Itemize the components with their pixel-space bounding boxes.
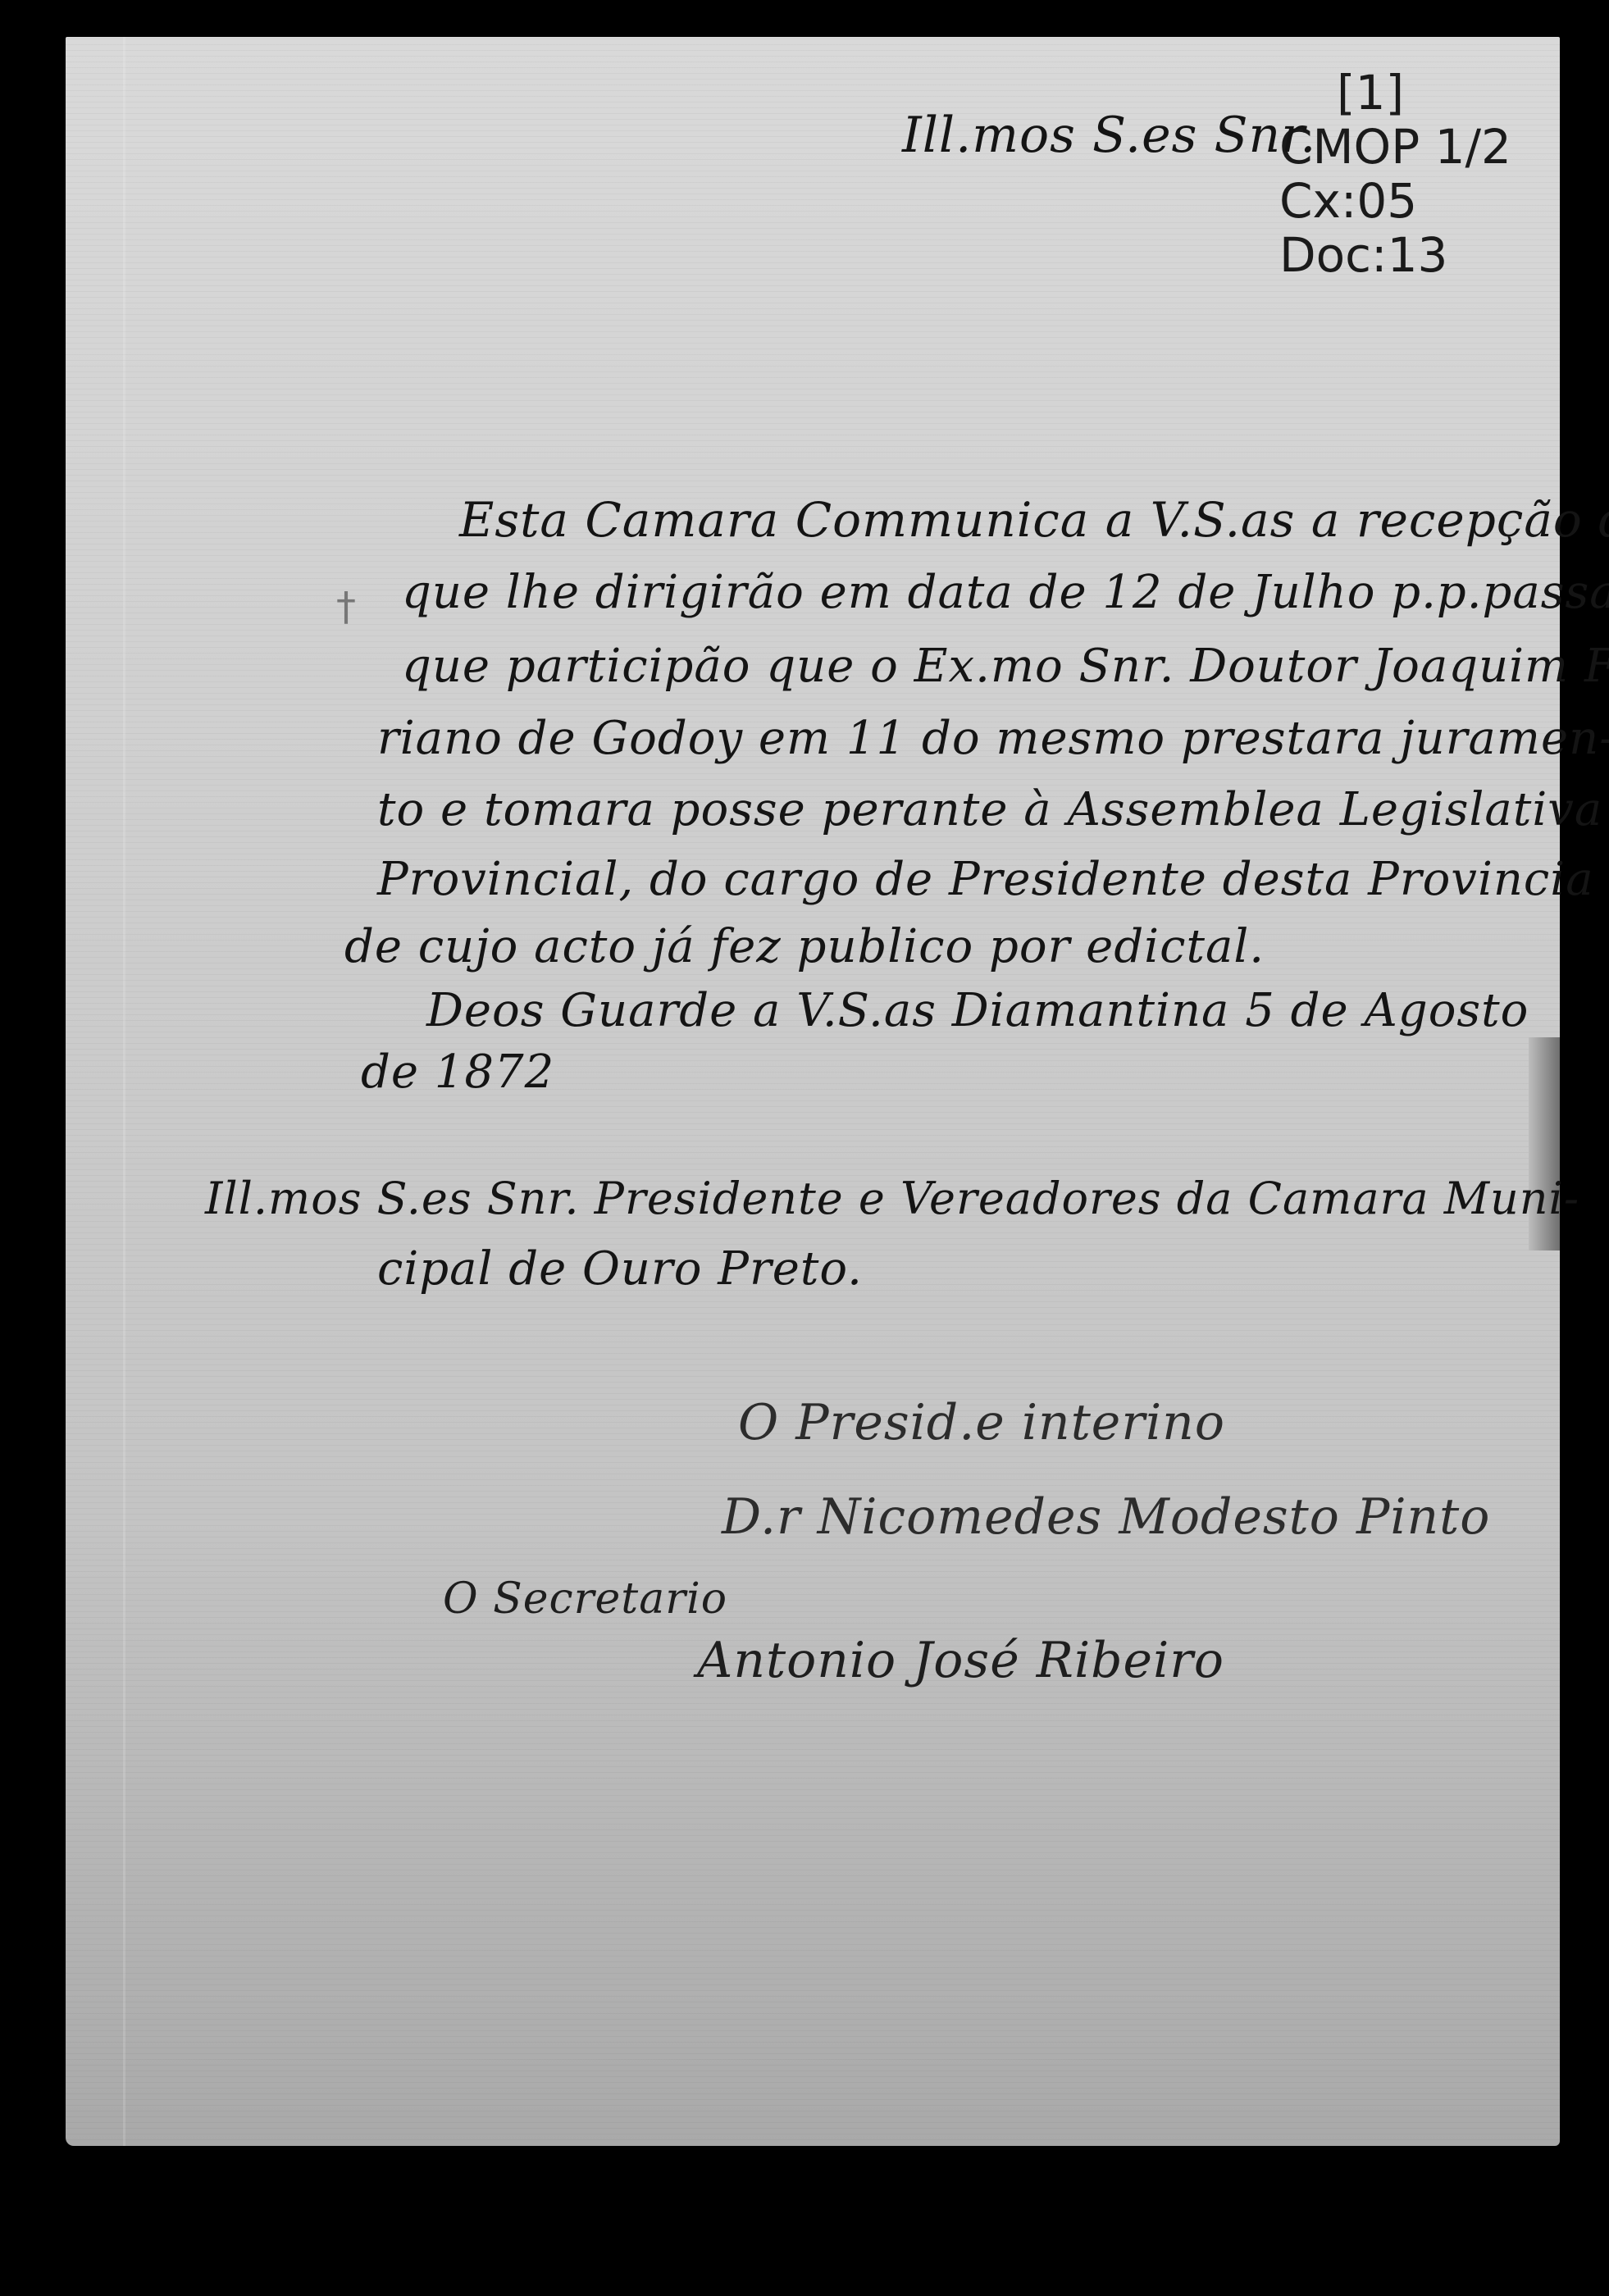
margin-mark: †	[336, 584, 358, 625]
body-line-2: que lhe dirigirão em data de 12 de Julho…	[402, 566, 1609, 619]
body-line-7: de cujo acto já fez publico por edictal.	[344, 920, 1265, 973]
archive-box: Cx:05	[1279, 174, 1511, 228]
body-line-6: Provincial, do cargo de Presidente desta…	[377, 853, 1594, 906]
body-line-9-year: de 1872	[361, 1045, 554, 1099]
archive-doc: Doc:13	[1279, 228, 1511, 282]
body-line-5: to e tomara posse perante à Assemblea Le…	[377, 783, 1602, 836]
salutation: Ill.mos S.es Snr.	[902, 107, 1316, 164]
addressee-line-2: cipal de Ouro Preto.	[377, 1242, 863, 1296]
secretary-signature: Antonio José Ribeiro	[697, 1632, 1224, 1689]
body-line-4: riano de Godoy em 11 do mesmo prestara j…	[377, 712, 1609, 765]
document-sheet	[66, 37, 1560, 2146]
addressee-line-1: Ill.mos S.es Snr. Presidente e Vereadore…	[205, 1173, 1579, 1224]
body-line-3: que participão que o Ex.mo Snr. Doutor J…	[402, 640, 1609, 693]
secretary-title: O Secretario	[443, 1574, 727, 1624]
body-line-1: Esta Camara Communica a V.S.as a recepçã…	[459, 492, 1609, 548]
president-title: O Presid.e interino	[738, 1394, 1225, 1451]
president-signature: D.r Nicomedes Modesto Pinto	[722, 1488, 1490, 1546]
body-line-8-closing: Deos Guarde a V.S.as Diamantina 5 de Ago…	[426, 984, 1529, 1037]
archive-label: [1] CMOP 1/2 Cx:05 Doc:13	[1279, 66, 1511, 282]
